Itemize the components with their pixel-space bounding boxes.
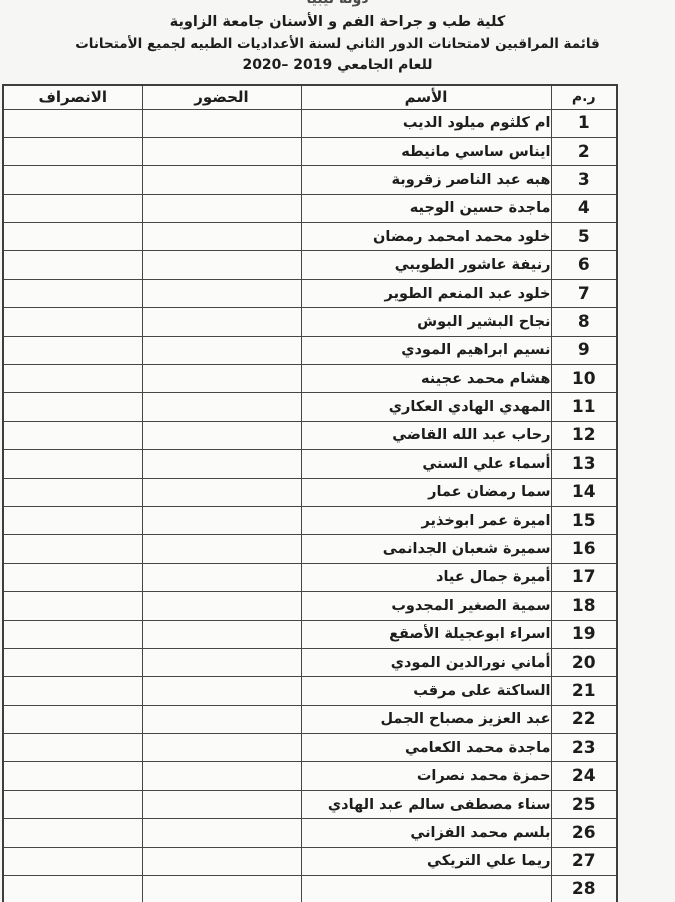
table-row: 22عبد العزيز مصباح الجمل xyxy=(3,705,617,733)
name-cell: هشام محمد عجينه xyxy=(301,365,551,393)
name-cell: اميرة عمر ابوخذير xyxy=(301,506,551,534)
attendance-cell xyxy=(142,365,301,393)
departure-cell xyxy=(3,109,142,137)
attendance-cell xyxy=(142,648,301,676)
row-number-cell: 3 xyxy=(551,166,617,194)
attendance-cell xyxy=(142,166,301,194)
row-number-cell: 15 xyxy=(551,506,617,534)
departure-cell xyxy=(3,194,142,222)
table-row: 13أسماء علي السني xyxy=(3,450,617,478)
attendance-cell xyxy=(142,790,301,818)
departure-cell xyxy=(3,734,142,762)
attendance-cell xyxy=(142,223,301,251)
country-text: دولة ليبيا xyxy=(0,0,675,9)
attendance-cell xyxy=(142,705,301,733)
header-line-title: قائمة المراقبين لامتحانات الدور الثاني ل… xyxy=(0,33,675,55)
row-number-cell: 28 xyxy=(551,876,617,902)
row-number-cell: 20 xyxy=(551,648,617,676)
name-cell: ام كلثوم ميلود الديب xyxy=(301,109,551,137)
row-number-cell: 26 xyxy=(551,819,617,847)
departure-cell xyxy=(3,279,142,307)
attendance-cell xyxy=(142,592,301,620)
departure-cell xyxy=(3,592,142,620)
name-cell: سمية الصغير المجدوب xyxy=(301,592,551,620)
departure-cell xyxy=(3,620,142,648)
name-cell: بلسم محمد الفزاني xyxy=(301,819,551,847)
table-row: 3هبه عبد الناصر زقروبة xyxy=(3,166,617,194)
row-number-cell: 18 xyxy=(551,592,617,620)
row-number-cell: 9 xyxy=(551,336,617,364)
table-row: 15اميرة عمر ابوخذير xyxy=(3,506,617,534)
table-row: 1ام كلثوم ميلود الديب xyxy=(3,109,617,137)
title-part-2: لجميع الأمتحانات xyxy=(75,36,190,52)
table-row: 4ماجدة حسين الوجيه xyxy=(3,194,617,222)
table-row: 11المهدي الهادي العكاري xyxy=(3,393,617,421)
departure-cell xyxy=(3,365,142,393)
table-row: 10هشام محمد عجينه xyxy=(3,365,617,393)
attendance-cell xyxy=(142,819,301,847)
name-cell: سميرة شعبان الجدانمى xyxy=(301,535,551,563)
attendance-cell xyxy=(142,563,301,591)
name-cell: الساكتة على مرقب xyxy=(301,677,551,705)
name-cell: نسيم ابراهيم المودي xyxy=(301,336,551,364)
table-row: 23ماجدة محمد الكعامي xyxy=(3,734,617,762)
scanned-document-page: دولة ليبيا كلية طب و جراحة الفم و الأسنا… xyxy=(0,0,675,902)
departure-cell xyxy=(3,393,142,421)
table-row: 20أماني نورالدين المودي xyxy=(3,648,617,676)
row-number-cell: 7 xyxy=(551,279,617,307)
departure-cell xyxy=(3,251,142,279)
attendance-cell xyxy=(142,734,301,762)
departure-cell xyxy=(3,223,142,251)
departure-cell xyxy=(3,563,142,591)
row-number-cell: 13 xyxy=(551,450,617,478)
row-number-cell: 10 xyxy=(551,365,617,393)
header-line-academic-year: للعام الجامعي 2019 –2020 xyxy=(0,55,675,76)
row-number-cell: 2 xyxy=(551,137,617,165)
name-cell: أسماء علي السني xyxy=(301,450,551,478)
row-number-cell: 11 xyxy=(551,393,617,421)
attendance-cell xyxy=(142,194,301,222)
row-number-cell: 1 xyxy=(551,109,617,137)
departure-cell xyxy=(3,336,142,364)
name-cell: ماجدة حسين الوجيه xyxy=(301,194,551,222)
departure-cell xyxy=(3,677,142,705)
table-header-row: ر.م الأسم الحضور الانصراف xyxy=(3,85,617,109)
row-number-cell: 22 xyxy=(551,705,617,733)
attendance-cell xyxy=(142,876,301,902)
row-number-cell: 21 xyxy=(551,677,617,705)
attendance-cell xyxy=(142,478,301,506)
table-row: 14سما رمضان عمار xyxy=(3,478,617,506)
attendance-cell xyxy=(142,279,301,307)
name-cell: سناء مصطفى سالم عبد الهادي xyxy=(301,790,551,818)
attendance-cell xyxy=(142,762,301,790)
name-cell: أماني نورالدين المودي xyxy=(301,648,551,676)
row-number-cell: 4 xyxy=(551,194,617,222)
row-number-cell: 19 xyxy=(551,620,617,648)
attendance-cell xyxy=(142,620,301,648)
attendance-cell xyxy=(142,393,301,421)
table-row: 28 xyxy=(3,876,617,902)
title-part-bold: الأعداديات الطبيه xyxy=(190,36,304,52)
header-line-country-clipped: دولة ليبيا xyxy=(0,0,675,11)
attendance-cell xyxy=(142,535,301,563)
col-header-attendance: الحضور xyxy=(142,85,301,109)
attendance-cell xyxy=(142,137,301,165)
col-header-name: الأسم xyxy=(301,85,551,109)
attendance-cell xyxy=(142,506,301,534)
table-row: 2ايناس ساسي مانيطه xyxy=(3,137,617,165)
table-row: 26بلسم محمد الفزاني xyxy=(3,819,617,847)
name-cell: أميرة جمال عياد xyxy=(301,563,551,591)
table-row: 24حمزة محمد نصرات xyxy=(3,762,617,790)
name-cell: المهدي الهادي العكاري xyxy=(301,393,551,421)
name-cell: رنيفة عاشور الطويبي xyxy=(301,251,551,279)
row-number-cell: 24 xyxy=(551,762,617,790)
table-row: 12رحاب عبد الله القاضي xyxy=(3,421,617,449)
name-cell: عبد العزيز مصباح الجمل xyxy=(301,705,551,733)
table-body: 1ام كلثوم ميلود الديب2ايناس ساسي مانيطه3… xyxy=(3,109,617,902)
departure-cell xyxy=(3,847,142,875)
title-part-1: قائمة المراقبين لامتحانات الدور الثاني ل… xyxy=(304,36,600,52)
attendance-cell xyxy=(142,450,301,478)
name-cell: رحاب عبد الله القاضي xyxy=(301,421,551,449)
table-row: 6رنيفة عاشور الطويبي xyxy=(3,251,617,279)
table-row: 5خلود محمد امحمد رمضان xyxy=(3,223,617,251)
document-header: دولة ليبيا كلية طب و جراحة الفم و الأسنا… xyxy=(0,0,675,76)
attendance-cell xyxy=(142,421,301,449)
col-header-departure: الانصراف xyxy=(3,85,142,109)
row-number-cell: 12 xyxy=(551,421,617,449)
departure-cell xyxy=(3,478,142,506)
name-cell: ماجدة محمد الكعامي xyxy=(301,734,551,762)
invigilators-table: ر.م الأسم الحضور الانصراف 1ام كلثوم ميلو… xyxy=(2,84,618,902)
table-row: 16سميرة شعبان الجدانمى xyxy=(3,535,617,563)
row-number-cell: 5 xyxy=(551,223,617,251)
attendance-cell xyxy=(142,847,301,875)
departure-cell xyxy=(3,308,142,336)
departure-cell xyxy=(3,705,142,733)
row-number-cell: 27 xyxy=(551,847,617,875)
attendance-cell xyxy=(142,251,301,279)
row-number-cell: 17 xyxy=(551,563,617,591)
attendance-cell xyxy=(142,677,301,705)
table-row: 17أميرة جمال عياد xyxy=(3,563,617,591)
departure-cell xyxy=(3,166,142,194)
table-row: 7خلود عبد المنعم الطوير xyxy=(3,279,617,307)
table-row: 18سمية الصغير المجدوب xyxy=(3,592,617,620)
row-number-cell: 14 xyxy=(551,478,617,506)
attendance-cell xyxy=(142,336,301,364)
name-cell: نجاح البشير البوش xyxy=(301,308,551,336)
col-header-number: ر.م xyxy=(551,85,617,109)
table-row: 8نجاح البشير البوش xyxy=(3,308,617,336)
table-row: 21الساكتة على مرقب xyxy=(3,677,617,705)
name-cell xyxy=(301,876,551,902)
table-row: 25سناء مصطفى سالم عبد الهادي xyxy=(3,790,617,818)
departure-cell xyxy=(3,535,142,563)
departure-cell xyxy=(3,421,142,449)
departure-cell xyxy=(3,506,142,534)
name-cell: خلود محمد امحمد رمضان xyxy=(301,223,551,251)
name-cell: ايناس ساسي مانيطه xyxy=(301,137,551,165)
departure-cell xyxy=(3,648,142,676)
departure-cell xyxy=(3,137,142,165)
departure-cell xyxy=(3,450,142,478)
table-row: 9نسيم ابراهيم المودي xyxy=(3,336,617,364)
row-number-cell: 25 xyxy=(551,790,617,818)
row-number-cell: 16 xyxy=(551,535,617,563)
header-line-college: كلية طب و جراحة الفم و الأسنان جامعة الز… xyxy=(0,11,675,33)
name-cell: حمزة محمد نصرات xyxy=(301,762,551,790)
departure-cell xyxy=(3,762,142,790)
row-number-cell: 23 xyxy=(551,734,617,762)
table-row: 19اسراء ابوعجيلة الأصقع xyxy=(3,620,617,648)
departure-cell xyxy=(3,876,142,902)
name-cell: اسراء ابوعجيلة الأصقع xyxy=(301,620,551,648)
row-number-cell: 6 xyxy=(551,251,617,279)
table-row: 27ريما علي التريكي xyxy=(3,847,617,875)
name-cell: خلود عبد المنعم الطوير xyxy=(301,279,551,307)
departure-cell xyxy=(3,790,142,818)
attendance-cell xyxy=(142,109,301,137)
name-cell: سما رمضان عمار xyxy=(301,478,551,506)
attendance-cell xyxy=(142,308,301,336)
name-cell: هبه عبد الناصر زقروبة xyxy=(301,166,551,194)
departure-cell xyxy=(3,819,142,847)
name-cell: ريما علي التريكي xyxy=(301,847,551,875)
row-number-cell: 8 xyxy=(551,308,617,336)
